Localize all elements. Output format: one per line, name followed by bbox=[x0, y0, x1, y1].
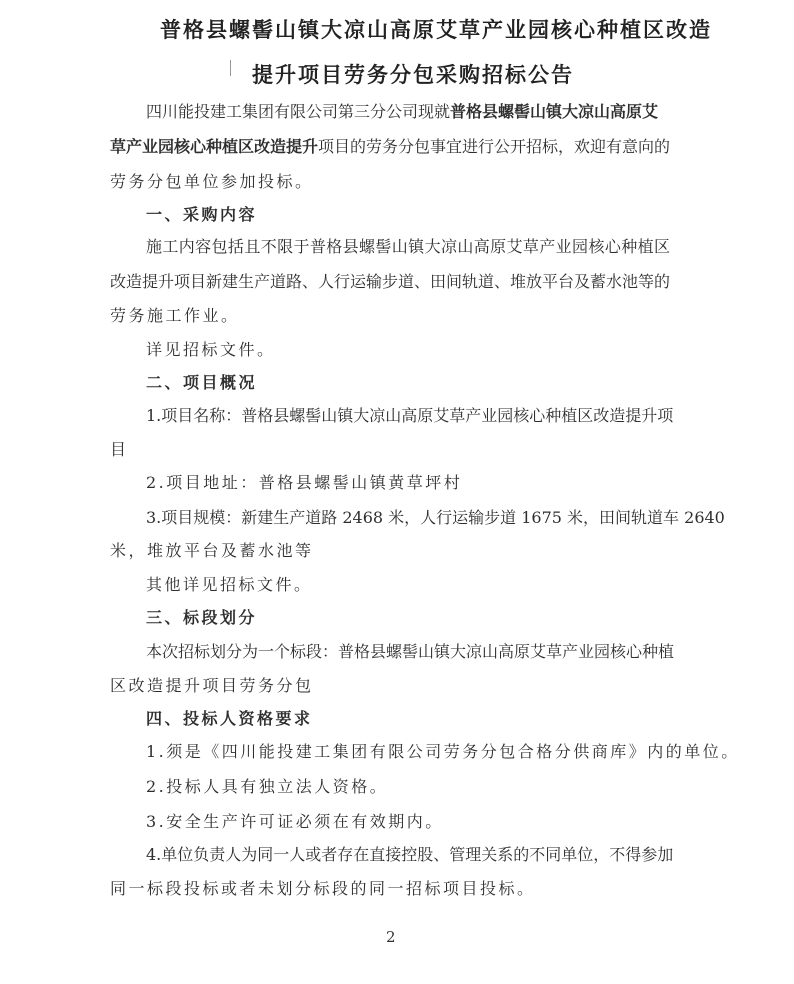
section-line: 劳务施工作业。 bbox=[110, 306, 240, 326]
section-line: 其他详见招标文件。 bbox=[146, 575, 313, 595]
section-line: 3.项目规模：新建生产道路 2468 米，人行运输步道 1675 米，田间轨道车… bbox=[146, 508, 670, 528]
section-line: 4.单位负责人为同一人或者存在直接控股、管理关系的不同单位，不得参加 bbox=[146, 845, 670, 865]
intro-project-name: 普格县螺髻山镇大凉山高原艾 bbox=[450, 102, 658, 121]
section-line: 施工内容包括且不限于普格县螺髻山镇大凉山高原艾草产业园核心种植区 bbox=[146, 237, 670, 257]
document-title-line-2: 提升项目劳务分包采购招标公告 bbox=[252, 59, 574, 89]
section-heading-qualifications: 四、投标人资格要求 bbox=[146, 709, 313, 729]
intro-line-1: 四川能投建工集团有限公司第三分公司现就普格县螺髻山镇大凉山高原艾 bbox=[146, 102, 670, 122]
section-line: 改造提升项目新建生产道路、人行运输步道、田间轨道、堆放平台及蓄水池等的 bbox=[110, 272, 670, 292]
section-heading-procurement: 一、采购内容 bbox=[146, 205, 257, 225]
page-number: 2 bbox=[386, 928, 396, 946]
intro-text: 四川能投建工集团有限公司第三分公司现就 bbox=[146, 102, 450, 121]
document-page: 普格县螺髻山镇大凉山高原艾草产业园核心种植区改造 提升项目劳务分包采购招标公告 … bbox=[0, 0, 794, 984]
section-line: 详见招标文件。 bbox=[146, 340, 276, 360]
section-heading-lots: 三、标段划分 bbox=[146, 608, 257, 628]
section-line: 1.须是《四川能投建工集团有限公司劳务分包合格分供商库》内的单位。 bbox=[146, 742, 740, 762]
section-heading-overview: 二、项目概况 bbox=[146, 373, 257, 393]
section-line: 目 bbox=[110, 440, 129, 460]
section-line: 2.投标人具有独立法人资格。 bbox=[146, 777, 388, 797]
scan-mark bbox=[230, 60, 231, 76]
section-line: 区改造提升项目劳务分包 bbox=[110, 676, 314, 696]
intro-text: 项目的劳务分包事宜进行公开招标，欢迎有意向的 bbox=[318, 137, 670, 156]
section-line: 米，堆放平台及蓄水池等 bbox=[110, 541, 314, 561]
section-line: 3.安全生产许可证必须在有效期内。 bbox=[146, 812, 444, 832]
section-line: 1.项目名称：普格县螺髻山镇大凉山高原艾草产业园核心种植区改造提升项 bbox=[146, 406, 670, 426]
intro-line-3: 劳务分包单位参加投标。 bbox=[110, 172, 314, 192]
section-line: 本次招标划分为一个标段：普格县螺髻山镇大凉山高原艾草产业园核心种植 bbox=[146, 642, 670, 662]
intro-line-2: 草产业园核心种植区改造提升项目的劳务分包事宜进行公开招标，欢迎有意向的 bbox=[110, 137, 670, 157]
intro-project-name-cont: 草产业园核心种植区改造提升 bbox=[110, 137, 318, 156]
section-line: 同一标段投标或者未划分标段的同一招标项目投标。 bbox=[110, 879, 536, 899]
section-line: 2.项目地址：普格县螺髻山镇黄草坪村 bbox=[146, 473, 462, 493]
document-title-line-1: 普格县螺髻山镇大凉山高原艾草产业园核心种植区改造 bbox=[160, 14, 712, 44]
